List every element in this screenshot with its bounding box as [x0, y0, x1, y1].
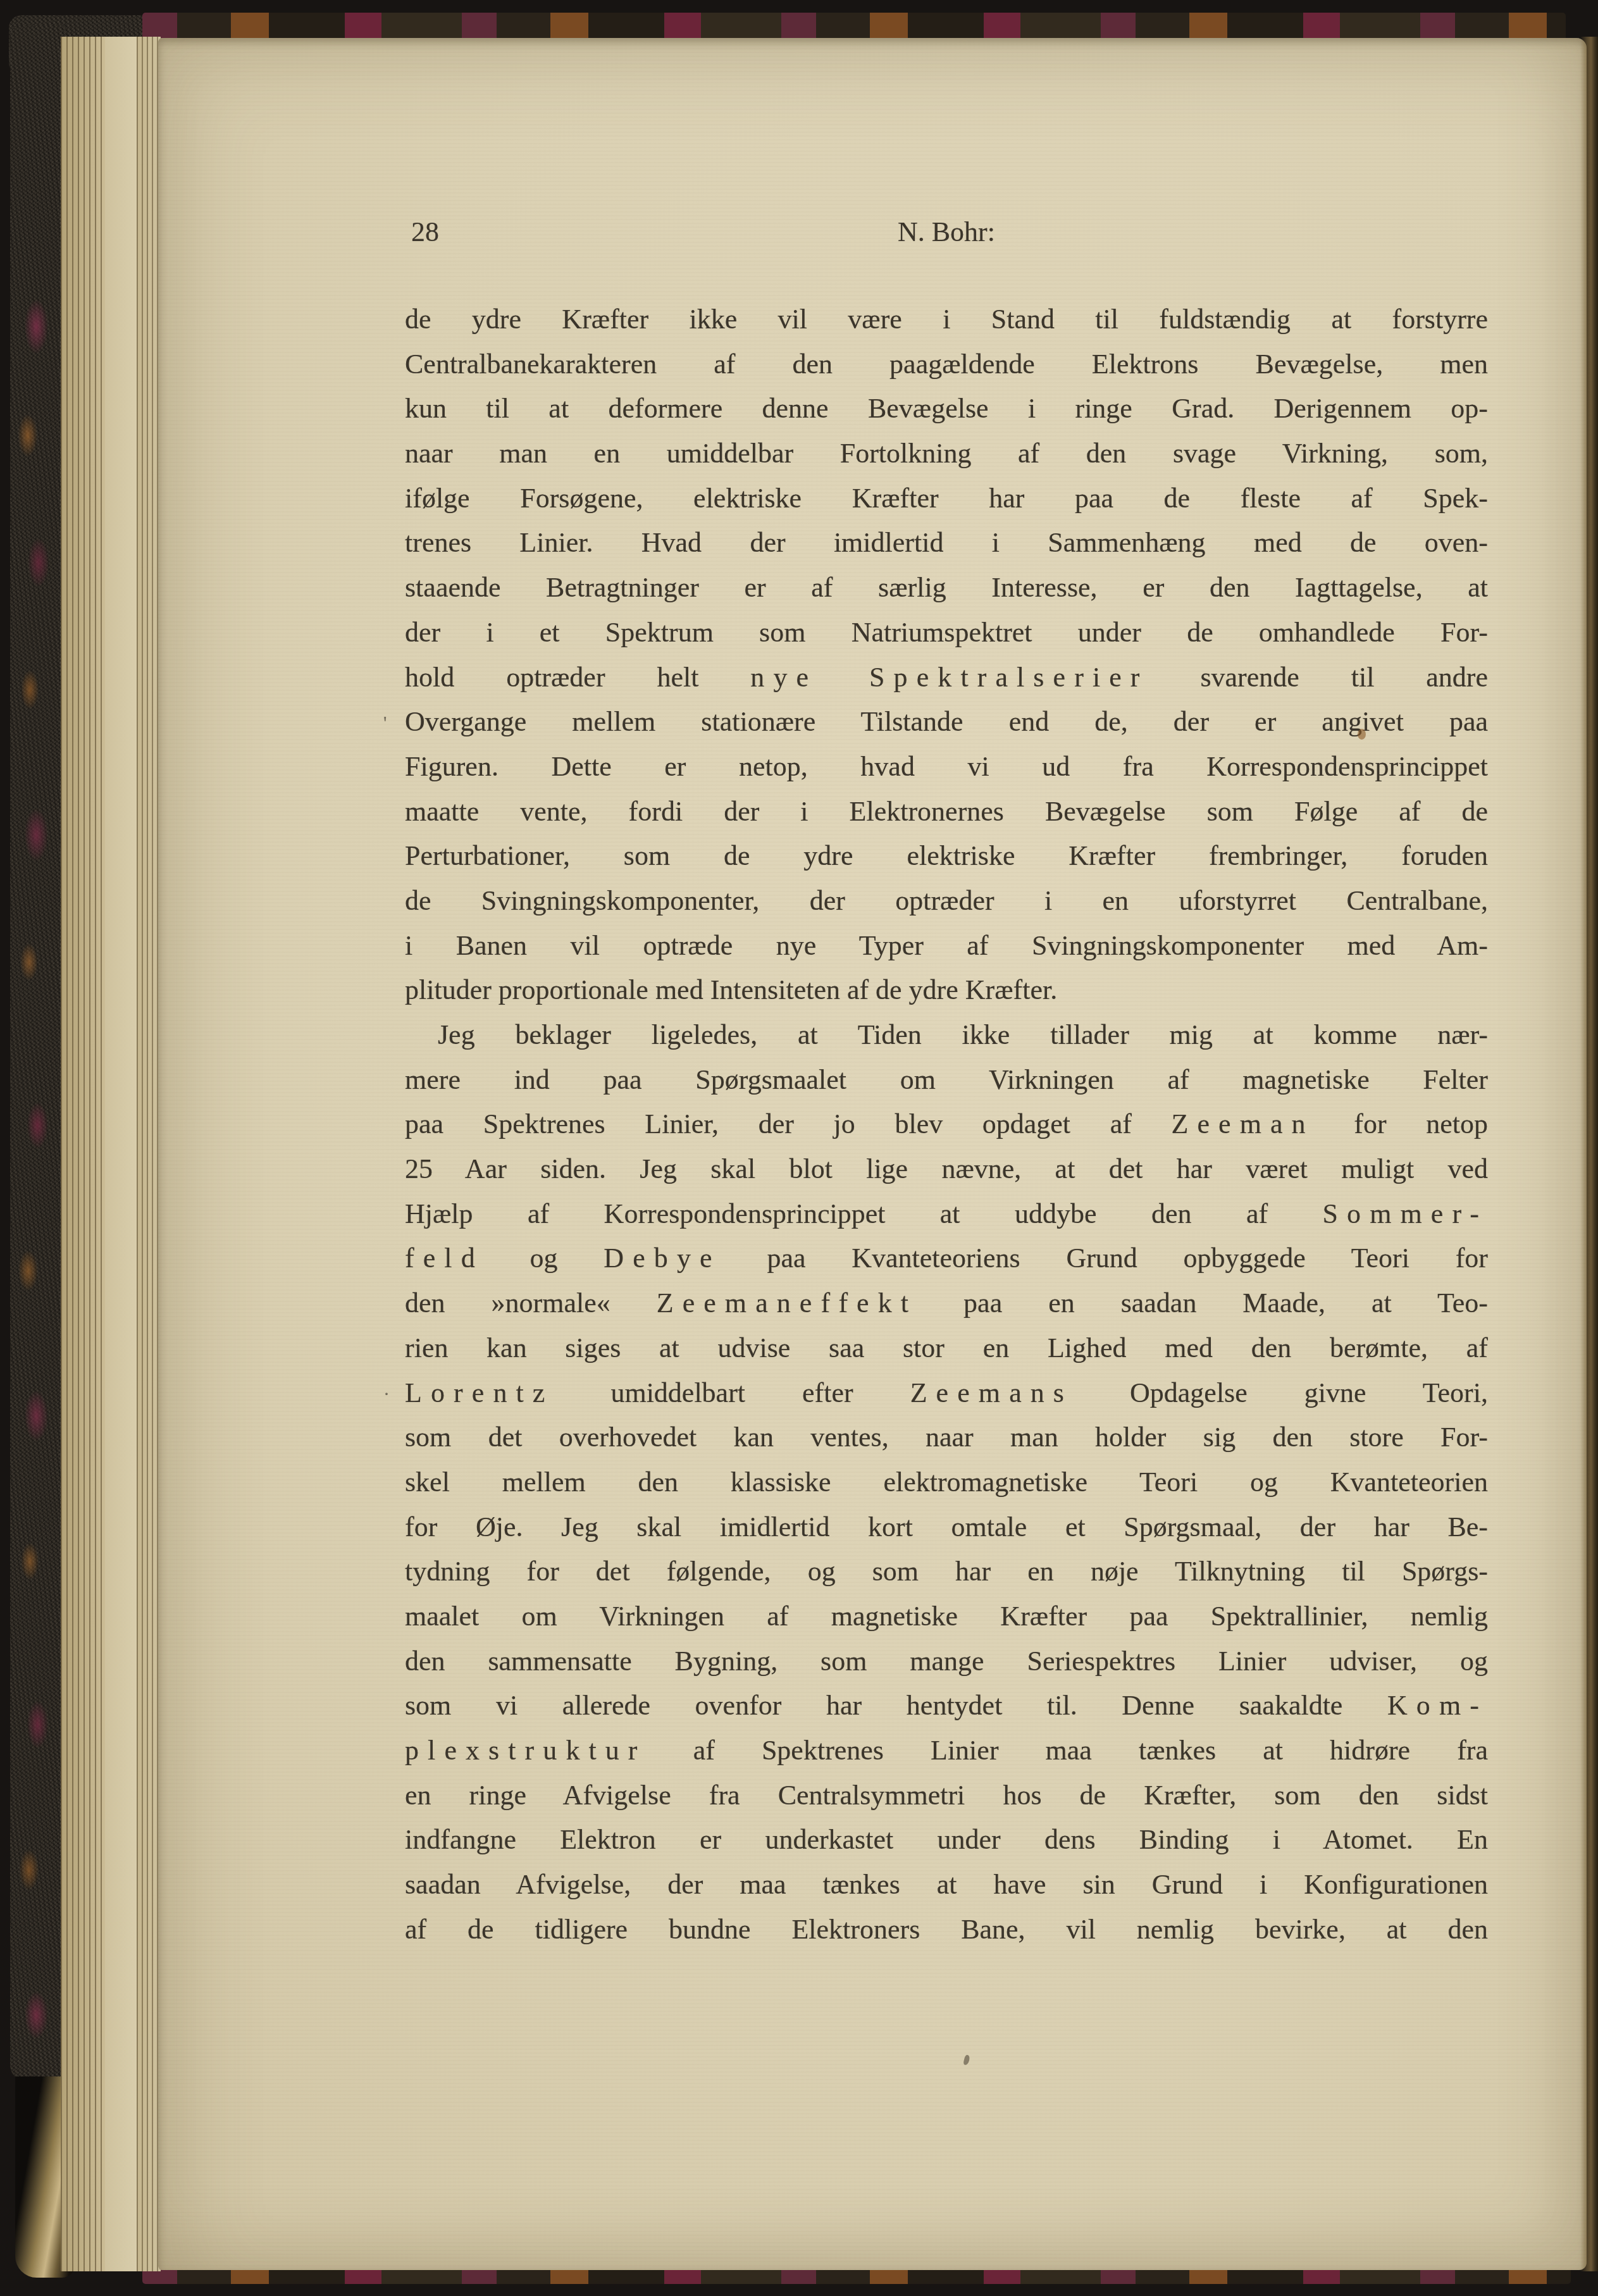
text-segment: i Banen vil optræde nye Typer af Svingni…	[405, 930, 1488, 961]
spine-marble-texture	[13, 272, 56, 2088]
text-segment: Centralbanekarakteren af den paagældende…	[405, 349, 1488, 380]
text-segment: tydning for det følgende, og som har en …	[405, 1556, 1488, 1587]
text-segment: trenes Linier. Hvad der imidlertid i Sam…	[405, 527, 1488, 558]
text-line: naar man en umiddelbar Fortolkning af de…	[405, 431, 1488, 476]
text-segment: af Spektrenes Linier maa tænkes at hidrø…	[647, 1735, 1488, 1766]
text-line: som det overhovedet kan ventes, naar man…	[405, 1415, 1488, 1460]
text-segment: af de tidligere bundne Elektroners Bane,…	[405, 1914, 1488, 1945]
text-line: maalet om Virkningen af magnetiske Kræft…	[405, 1594, 1488, 1639]
text-segment: 25 Aar siden. Jeg skal blot lige nævne, …	[405, 1153, 1488, 1184]
text-line: 'Overgange mellem stationære Tilstande e…	[405, 700, 1488, 745]
text-segment: som det overhovedet kan ventes, naar man…	[405, 1422, 1488, 1453]
text-line: plituder proportionale med Intensiteten …	[405, 968, 1488, 1013]
margin-mark: '	[383, 701, 387, 746]
text-segment: de Svingningskomponenter, der optræder i…	[405, 885, 1488, 916]
text-line: skel mellem den klassiske elektromagneti…	[405, 1460, 1488, 1505]
text-line: paa Spektrenes Linier, der jo blev opdag…	[405, 1102, 1488, 1147]
text-line: mere ind paa Spørgsmaalet om Virkningen …	[405, 1058, 1488, 1103]
page-stack-edges-outer	[61, 37, 105, 2271]
text-line: den sammensatte Bygning, som mange Serie…	[405, 1639, 1488, 1684]
text-segment: plituder proportionale med Intensiteten …	[405, 974, 1057, 1005]
text-line: som vi allerede ovenfor har hentydet til…	[405, 1684, 1488, 1728]
letterspaced-text: Sommer-	[1323, 1198, 1488, 1229]
body-text: de ydre Kræfter ikke vil være i Stand ti…	[405, 297, 1488, 1952]
text-segment: naar man en umiddelbar Fortolkning af de…	[405, 438, 1488, 469]
text-segment: maatte vente, fordi der i Elektronernes …	[405, 796, 1488, 827]
text-segment: ifølge Forsøgene, elektriske Kræfter har…	[405, 483, 1488, 514]
text-segment: maalet om Virkningen af magnetiske Kræft…	[405, 1601, 1488, 1632]
text-line: Perturbationer, som de ydre elektriske K…	[405, 834, 1488, 879]
letterspaced-text: Debye	[604, 1243, 721, 1274]
text-line: hold optræder helt nye Spektralserier sv…	[405, 655, 1488, 700]
letterspaced-text: feld	[405, 1243, 484, 1274]
text-line: saadan Afvigelse, der maa tænkes at have…	[405, 1863, 1488, 1908]
book-photo: 28 N. Bohr: de ydre Kræfter ikke vil vær…	[0, 0, 1598, 2296]
text-line: rien kan siges at udvise saa stor en Lig…	[405, 1326, 1488, 1371]
text-segment: kun til at deformere denne Bevægelse i r…	[405, 393, 1488, 424]
text-line: en ringe Afvigelse fra Centralsymmetri h…	[405, 1773, 1488, 1818]
text-segment: staaende Betragtninger er af særlig Inte…	[405, 572, 1488, 603]
text-segment: der i et Spektrum som Natriumspektret un…	[405, 617, 1488, 648]
text-segment: Overgange mellem stationære Tilstande en…	[405, 706, 1488, 737]
text-line: indfangne Elektron er underkastet under …	[405, 1818, 1488, 1863]
text-segment: for Øje. Jeg skal imidlertid kort omtale…	[405, 1511, 1488, 1542]
text-line: maatte vente, fordi der i Elektronernes …	[405, 790, 1488, 835]
letterspaced-text: plexstruktur	[405, 1735, 647, 1766]
text-segment: rien kan siges at udvise saa stor en Lig…	[405, 1332, 1488, 1363]
text-segment: skel mellem den klassiske elektromagneti…	[405, 1467, 1488, 1498]
text-line: den »normale« Zeemaneffekt paa en saadan…	[405, 1281, 1488, 1326]
text-line: Centralbanekarakteren af den paagældende…	[405, 342, 1488, 387]
running-title: N. Bohr:	[405, 210, 1488, 254]
text-line: tydning for det følgende, og som har en …	[405, 1549, 1488, 1594]
text-line: feld og Debye paa Kvanteteoriens Grund o…	[405, 1236, 1488, 1281]
text-line: ·Lorentz umiddelbart efter Zeemans Opdag…	[405, 1371, 1488, 1416]
paper-stain	[1358, 729, 1366, 740]
letterspaced-text: Zeeman	[1172, 1108, 1315, 1139]
text-line: i Banen vil optræde nye Typer af Svingni…	[405, 924, 1488, 969]
text-line: kun til at deformere denne Bevægelse i r…	[405, 387, 1488, 431]
margin-mark: ·	[383, 1372, 390, 1417]
text-segment: for netop	[1315, 1108, 1488, 1139]
text-line: 25 Aar siden. Jeg skal blot lige nævne, …	[405, 1147, 1488, 1192]
text-line: plexstruktur af Spektrenes Linier maa tæ…	[405, 1728, 1488, 1773]
page-header: 28 N. Bohr:	[405, 210, 1488, 254]
letterspaced-text: Kom-	[1387, 1690, 1488, 1721]
text-line: de ydre Kræfter ikke vil være i Stand ti…	[405, 297, 1488, 342]
text-segment: en ringe Afvigelse fra Centralsymmetri h…	[405, 1780, 1488, 1811]
text-line: trenes Linier. Hvad der imidlertid i Sam…	[405, 521, 1488, 566]
text-segment: Opdagelse givne Teori,	[1073, 1377, 1488, 1408]
text-segment: paa Spektrenes Linier, der jo blev opdag…	[405, 1108, 1172, 1139]
text-segment: Figuren. Dette er netop, hvad vi ud fra …	[405, 751, 1488, 782]
text-segment: Perturbationer, som de ydre elektriske K…	[405, 840, 1488, 871]
page-stack-edges-gap	[105, 37, 137, 2271]
text-segment: den sammensatte Bygning, som mange Serie…	[405, 1646, 1488, 1677]
text-line: ifølge Forsøgene, elektriske Kræfter har…	[405, 476, 1488, 521]
text-line: der i et Spektrum som Natriumspektret un…	[405, 611, 1488, 655]
text-segment: de ydre Kræfter ikke vil være i Stand ti…	[405, 304, 1488, 335]
text-segment: hold optræder helt	[405, 662, 750, 693]
letterspaced-text: Spektralserier	[869, 662, 1148, 693]
text-segment: paa Kvanteteoriens Grund opbyggede Teori…	[721, 1243, 1488, 1274]
text-segment: den »normale«	[405, 1288, 657, 1319]
letterspaced-text: Zeemaneffekt	[657, 1288, 917, 1319]
text-line: af de tidligere bundne Elektroners Bane,…	[405, 1908, 1488, 1952]
text-segment	[817, 662, 869, 693]
text-line: Hjælp af Korrespondensprincippet at uddy…	[405, 1192, 1488, 1237]
text-segment: og	[484, 1243, 604, 1274]
text-segment: saadan Afvigelse, der maa tænkes at have…	[405, 1869, 1488, 1900]
page-gutter-shadow	[1580, 37, 1598, 2271]
text-line: Jeg beklager ligeledes, at Tiden ikke ti…	[405, 1013, 1488, 1058]
text-segment: mere ind paa Spørgsmaalet om Virkningen …	[405, 1064, 1488, 1095]
text-segment: paa en saadan Maade, at Teo-	[917, 1288, 1488, 1319]
letterspaced-text: Lorentz	[405, 1377, 554, 1408]
text-line: staaende Betragtninger er af særlig Inte…	[405, 566, 1488, 611]
text-segment: umiddelbart efter	[554, 1377, 910, 1408]
page-stack-edges-inner	[137, 37, 161, 2271]
text-line: Figuren. Dette er netop, hvad vi ud fra …	[405, 745, 1488, 790]
text-segment: som vi allerede ovenfor har hentydet til…	[405, 1690, 1387, 1721]
text-line: de Svingningskomponenter, der optræder i…	[405, 879, 1488, 924]
text-segment: indfangne Elektron er underkastet under …	[405, 1824, 1488, 1855]
text-segment: Hjælp af Korrespondensprincippet at uddy…	[405, 1198, 1323, 1229]
text-segment: svarende til andre	[1149, 662, 1489, 693]
text-line: for Øje. Jeg skal imidlertid kort omtale…	[405, 1505, 1488, 1550]
letterspaced-text: nye	[750, 662, 817, 693]
letterspaced-text: Zeemans	[910, 1377, 1073, 1408]
text-segment: Jeg beklager ligeledes, at Tiden ikke ti…	[438, 1019, 1488, 1050]
